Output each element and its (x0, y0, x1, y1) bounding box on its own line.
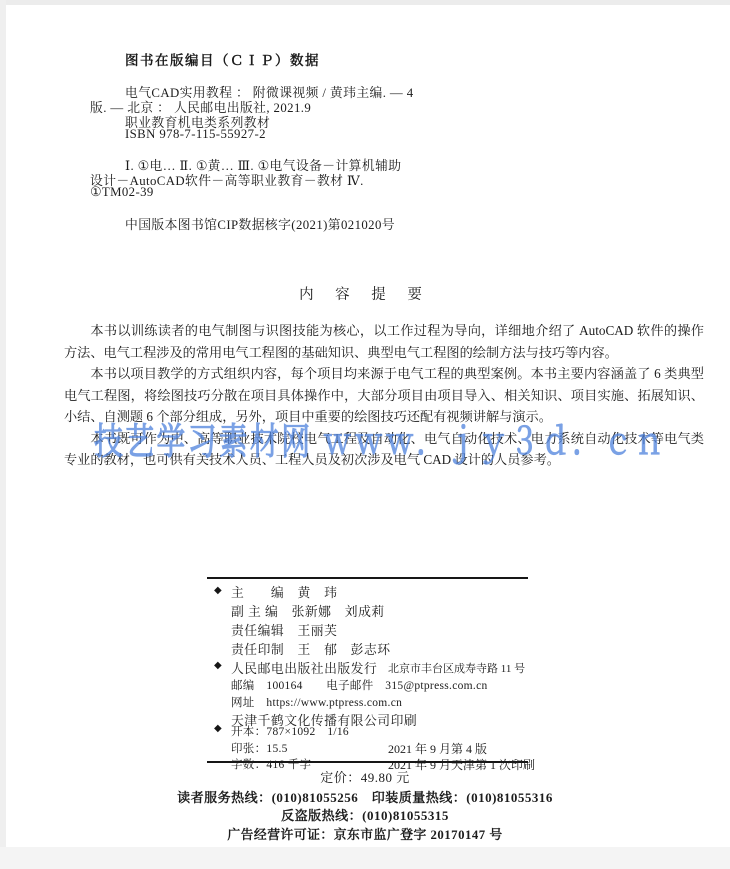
staff-responsible-editor: 责任编辑 王丽芙 (231, 620, 337, 639)
page-edge-left (0, 0, 6, 869)
ad-license-line: 广告经营许可证：京东市监广登字 20170147 号 (0, 824, 730, 843)
reader-hotline-line: 读者服务热线：(010)81055256 印装质量热线：(010)8105531… (0, 787, 730, 806)
price-line: 定价：49.80 元 (0, 767, 730, 786)
postal-email-line: 邮编 100164 电子邮件 315@ptpress.com.cn (231, 677, 488, 693)
cip-isbn-line: ISBN 978-7-115-55927-2 (125, 127, 266, 142)
publisher-name: 人民邮电出版社出版发行 (231, 658, 377, 677)
format-line: 开本：787×1092 1/16 (231, 723, 349, 739)
anti-piracy-hotline-line: 反盗版热线：(010)81055315 (0, 805, 730, 824)
publisher-address: 北京市丰台区成寿寺路 11 号 (388, 660, 525, 676)
summary-body: 本书以训练读者的电气制图与识图技能为核心，以工作过程为导向，详细地介绍了 Aut… (64, 320, 704, 471)
summary-title: 内 容 提 要 (0, 283, 730, 304)
summary-paragraph-1: 本书以训练读者的电气制图与识图技能为核心，以工作过程为导向，详细地介绍了 Aut… (64, 320, 704, 363)
summary-paragraph-3: 本书既可作为中、高等职业技术院校电气工程及自动化、电气自动化技术、电力系统自动化… (64, 428, 704, 471)
edition-line: 2021 年 9 月第 4 版 (388, 740, 487, 757)
cip-classification-code: ①TM02-39 (90, 185, 154, 200)
cip-heading: 图书在版编目（ＣＩＰ）数据 (125, 49, 320, 69)
sheets-line: 印张：15.5 (231, 740, 288, 756)
website-line: 网址 https://www.ptpress.com.cn (231, 694, 402, 710)
staff-chief-editor: 主 编 黄 玮 (231, 582, 337, 601)
staff-responsible-printer: 责任印制 王 郁 彭志环 (231, 639, 391, 658)
page-edge-bottom (0, 847, 730, 869)
page-edge-top (0, 0, 730, 5)
diamond-bullet-icon: ◆ (214, 660, 222, 671)
cip-record-number: 中国版本图书馆CIP数据核字(2021)第021020号 (125, 214, 395, 233)
diamond-bullet-icon: ◆ (214, 585, 222, 596)
diamond-bullet-icon: ◆ (214, 723, 222, 734)
staff-deputy-editors: 副 主 编 张新娜 刘成莉 (231, 601, 385, 620)
summary-paragraph-2: 本书以项目教学的方式组织内容，每个项目均来源于电气工程的典型案例。本书主要内容涵… (64, 363, 704, 428)
colophon-rule-top (207, 577, 528, 579)
